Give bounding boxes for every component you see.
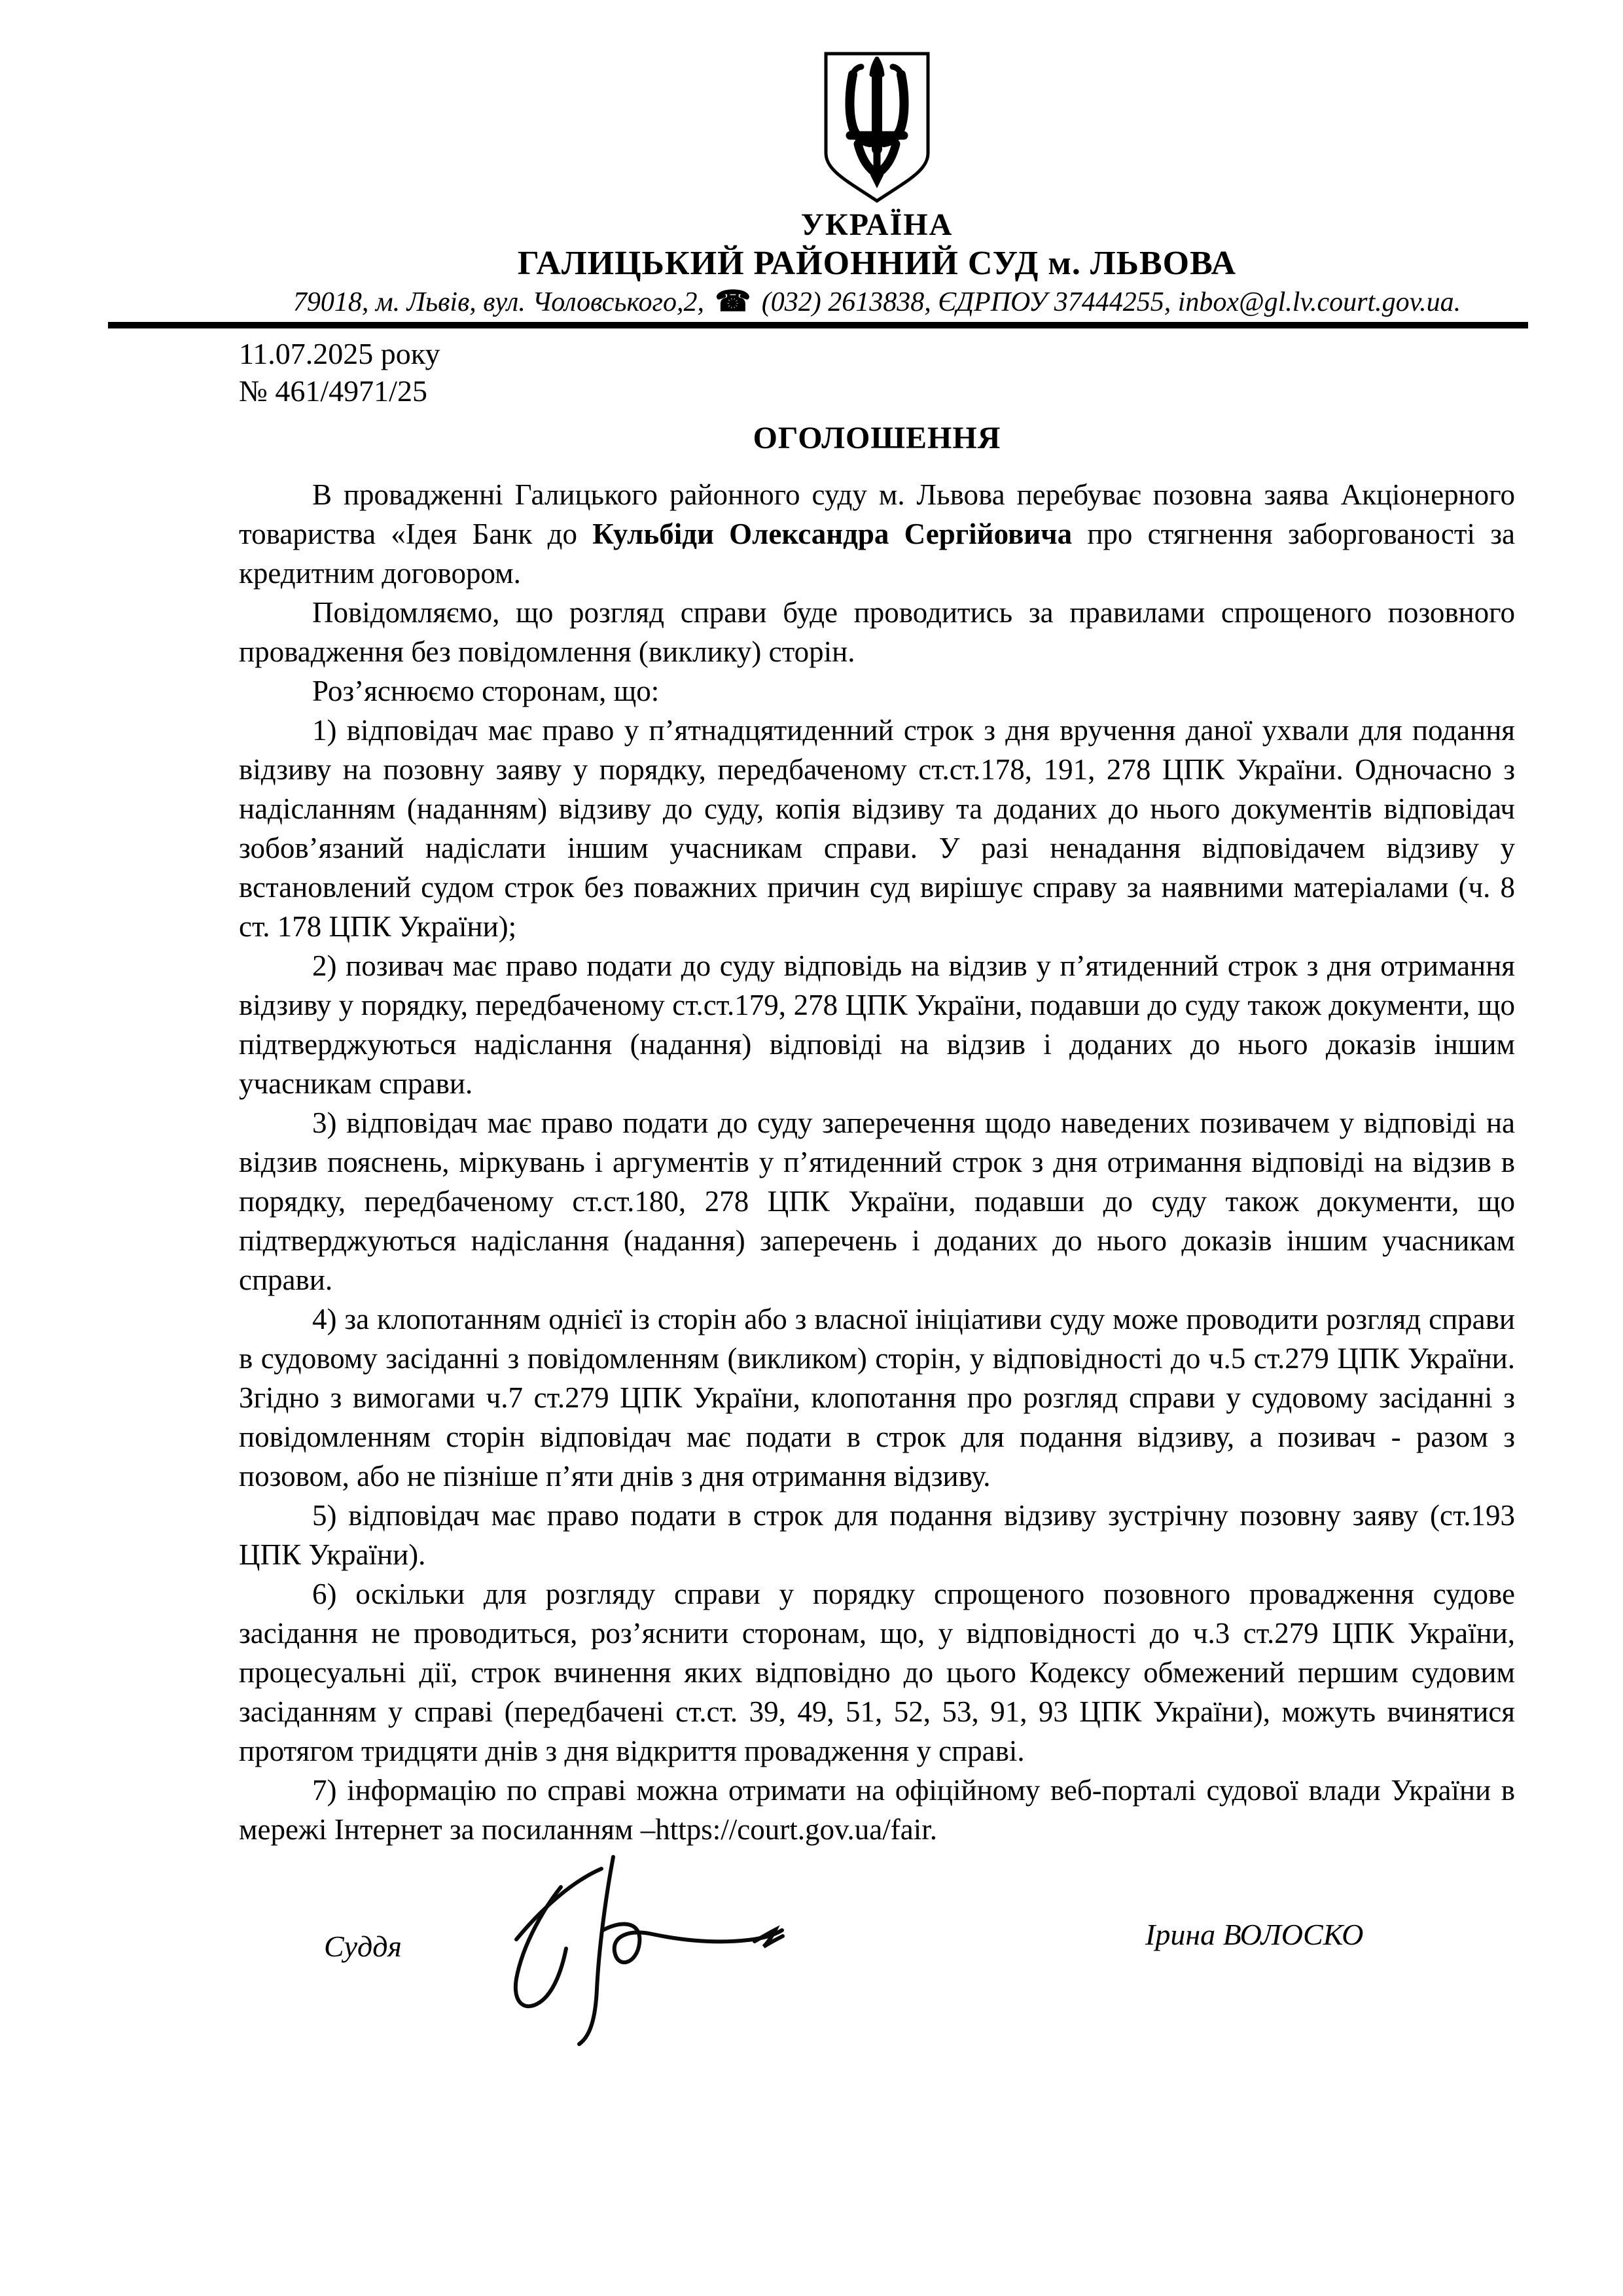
judge-name: Ірина ВОЛОСКО bbox=[1145, 1917, 1363, 1952]
court-document-page: УКРАЇНА ГАЛИЦЬКИЙ РАЙОННИЙ СУД м. ЛЬВОВА… bbox=[0, 0, 1623, 2296]
list-item-3: 3) відповідач має право подати до суду з… bbox=[239, 1103, 1515, 1299]
address-part-2: (032) 2613838, ЄДРПОУ 37444255, inbox@gl… bbox=[762, 287, 1461, 317]
judge-signature bbox=[468, 1844, 808, 2053]
signature-role-label: Суддя bbox=[324, 1929, 402, 1964]
document-title: ОГОЛОШЕННЯ bbox=[239, 420, 1515, 457]
document-body: В провадженні Галицького районного суду … bbox=[239, 475, 1515, 1849]
court-name: ГАЛИЦЬКИЙ РАЙОННИЙ СУД м. ЛЬВОВА bbox=[239, 243, 1515, 284]
case-number: № 461/4971/25 bbox=[239, 372, 1515, 410]
list-item-5: 5) відповідач має право подати в строк д… bbox=[239, 1496, 1515, 1574]
header-divider bbox=[108, 322, 1528, 328]
document-date: 11.07.2025 року bbox=[239, 335, 1515, 372]
country-name: УКРАЇНА bbox=[239, 207, 1515, 243]
list-item-2: 2) позивач має право подати до суду відп… bbox=[239, 946, 1515, 1103]
document-meta: 11.07.2025 року № 461/4971/25 bbox=[239, 335, 1515, 410]
court-address-line: 79018, м. Львів, вул. Чоловського,2, ☎ (… bbox=[239, 284, 1515, 320]
list-item-7: 7) інформацію по справі можна отримати н… bbox=[239, 1771, 1515, 1849]
signature-block: Суддя Ірина ВОЛОСКО bbox=[239, 1852, 1515, 2074]
document-header: УКРАЇНА ГАЛИЦЬКИЙ РАЙОННИЙ СУД м. ЛЬВОВА… bbox=[239, 50, 1515, 328]
list-item-1: 1) відповідач має право у п’ятнадцятиден… bbox=[239, 711, 1515, 946]
paragraph-clarification-lead: Роз’яснюємо сторонам, що: bbox=[239, 671, 1515, 711]
defendant-name: Кульбіди Олександра Сергійовича bbox=[592, 518, 1072, 550]
address-part-1: 79018, м. Львів, вул. Чоловського,2, bbox=[293, 287, 704, 317]
list-item-4: 4) за клопотанням однієї із сторін або з… bbox=[239, 1299, 1515, 1496]
ukraine-coat-of-arms-icon bbox=[239, 50, 1515, 205]
paragraph-intro: В провадженні Галицького районного суду … bbox=[239, 475, 1515, 593]
list-item-6: 6) оскільки для розгляду справи у порядк… bbox=[239, 1574, 1515, 1771]
phone-icon: ☎ bbox=[711, 285, 755, 317]
paragraph-notice: Повідомляємо, що розгляд справи буде про… bbox=[239, 593, 1515, 671]
